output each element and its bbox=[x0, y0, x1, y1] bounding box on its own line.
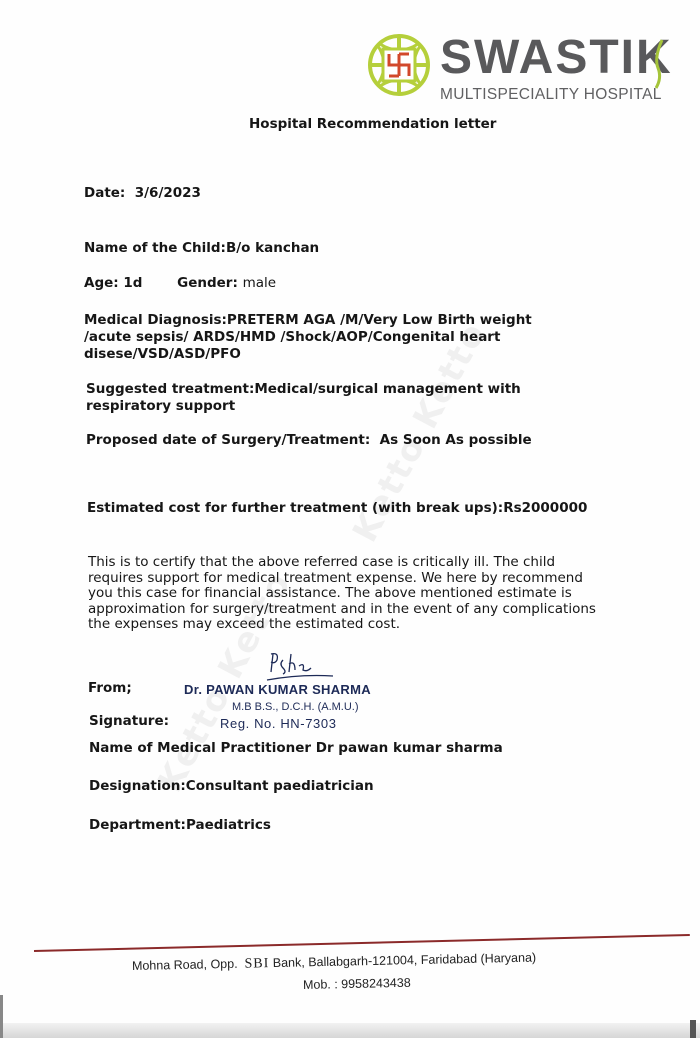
hospital-logo: SWASTIK MULTISPECIALITY HOSPITAL bbox=[366, 30, 666, 110]
designation-value: Consultant paediatrician bbox=[186, 778, 374, 794]
address-bank: SBI bbox=[244, 956, 269, 972]
proposed-date-value: As Soon As possible bbox=[380, 432, 532, 448]
certification-paragraph: This is to certify that the above referr… bbox=[88, 555, 608, 633]
hospital-subtitle: MULTISPECIALITY HOSPITAL bbox=[440, 86, 662, 104]
practitioner-label: Name of Medical Practitioner bbox=[89, 740, 311, 756]
doctor-stamp: Dr. PAWAN KUMAR SHARMA M.B B.S., D.C.H. … bbox=[180, 650, 400, 740]
letter-page: Ketto Ketto Ketto Ketto SWASTIK MULTISPE… bbox=[0, 0, 700, 1038]
stamp-registration: Reg. No. HN-7303 bbox=[220, 716, 337, 731]
page-bottom-edge bbox=[0, 1023, 700, 1038]
gender-value: male bbox=[243, 275, 276, 291]
gender-label: Gender: bbox=[177, 275, 238, 291]
stamp-doctor-name: Dr. PAWAN KUMAR SHARMA bbox=[184, 682, 371, 697]
age-label: Age: bbox=[84, 275, 119, 291]
address-part1: Mohna Road, Opp. bbox=[132, 957, 238, 973]
date-field: Date: 3/6/2023 bbox=[84, 185, 201, 202]
age-value: 1d bbox=[123, 275, 142, 291]
address-part2: Bank, Ballabgarh-121004, Faridabad (Hary… bbox=[273, 951, 537, 971]
age-gender-field: Age: 1d Gender: male bbox=[84, 275, 276, 292]
swastik-emblem-icon bbox=[366, 32, 432, 98]
child-name-label: Name of the Child: bbox=[84, 240, 226, 256]
footer-divider bbox=[34, 934, 690, 952]
treatment-field: Suggested treatment:Medical/surgical man… bbox=[86, 381, 546, 415]
page-right-edge bbox=[690, 1020, 696, 1038]
document-title: Hospital Recommendation letter bbox=[249, 116, 496, 132]
designation-label: Designation: bbox=[89, 778, 186, 794]
diagnosis-label: Medical Diagnosis: bbox=[84, 312, 227, 328]
stamp-qualification: M.B B.S., D.C.H. (A.M.U.) bbox=[232, 701, 359, 713]
from-label: From; bbox=[88, 680, 132, 697]
child-name-value: B/o kanchan bbox=[226, 240, 319, 256]
leaf-accent-icon bbox=[652, 38, 664, 90]
signature-scribble-icon bbox=[265, 650, 335, 682]
footer-address: Mohna Road, Opp. SBI Bank, Ballabgarh-12… bbox=[132, 951, 536, 975]
treatment-label: Suggested treatment: bbox=[86, 381, 254, 397]
cost-value: Rs2000000 bbox=[503, 500, 587, 516]
practitioner-field: Name of Medical Practitioner Dr pawan ku… bbox=[89, 740, 503, 757]
proposed-date-field: Proposed date of Surgery/Treatment: As S… bbox=[86, 432, 532, 449]
hospital-name: SWASTIK bbox=[440, 30, 673, 86]
child-name-field: Name of the Child:B/o kanchan bbox=[84, 240, 319, 257]
department-field: Department:Paediatrics bbox=[89, 817, 271, 834]
department-label: Department: bbox=[89, 817, 186, 833]
page-left-edge bbox=[0, 995, 3, 1038]
practitioner-value: Dr pawan kumar sharma bbox=[316, 740, 503, 756]
department-value: Paediatrics bbox=[186, 817, 271, 833]
cost-label: Estimated cost for further treatment (wi… bbox=[87, 500, 503, 516]
signature-label: Signature: bbox=[89, 713, 169, 730]
date-value: 3/6/2023 bbox=[135, 185, 201, 201]
diagnosis-field: Medical Diagnosis:PRETERM AGA /M/Very Lo… bbox=[84, 312, 564, 363]
estimated-cost-field: Estimated cost for further treatment (wi… bbox=[87, 500, 587, 517]
footer-mobile: Mob. : 9958243438 bbox=[303, 976, 411, 992]
proposed-date-label: Proposed date of Surgery/Treatment: bbox=[86, 432, 370, 448]
designation-field: Designation:Consultant paediatrician bbox=[89, 778, 374, 795]
date-label: Date: bbox=[84, 185, 125, 201]
